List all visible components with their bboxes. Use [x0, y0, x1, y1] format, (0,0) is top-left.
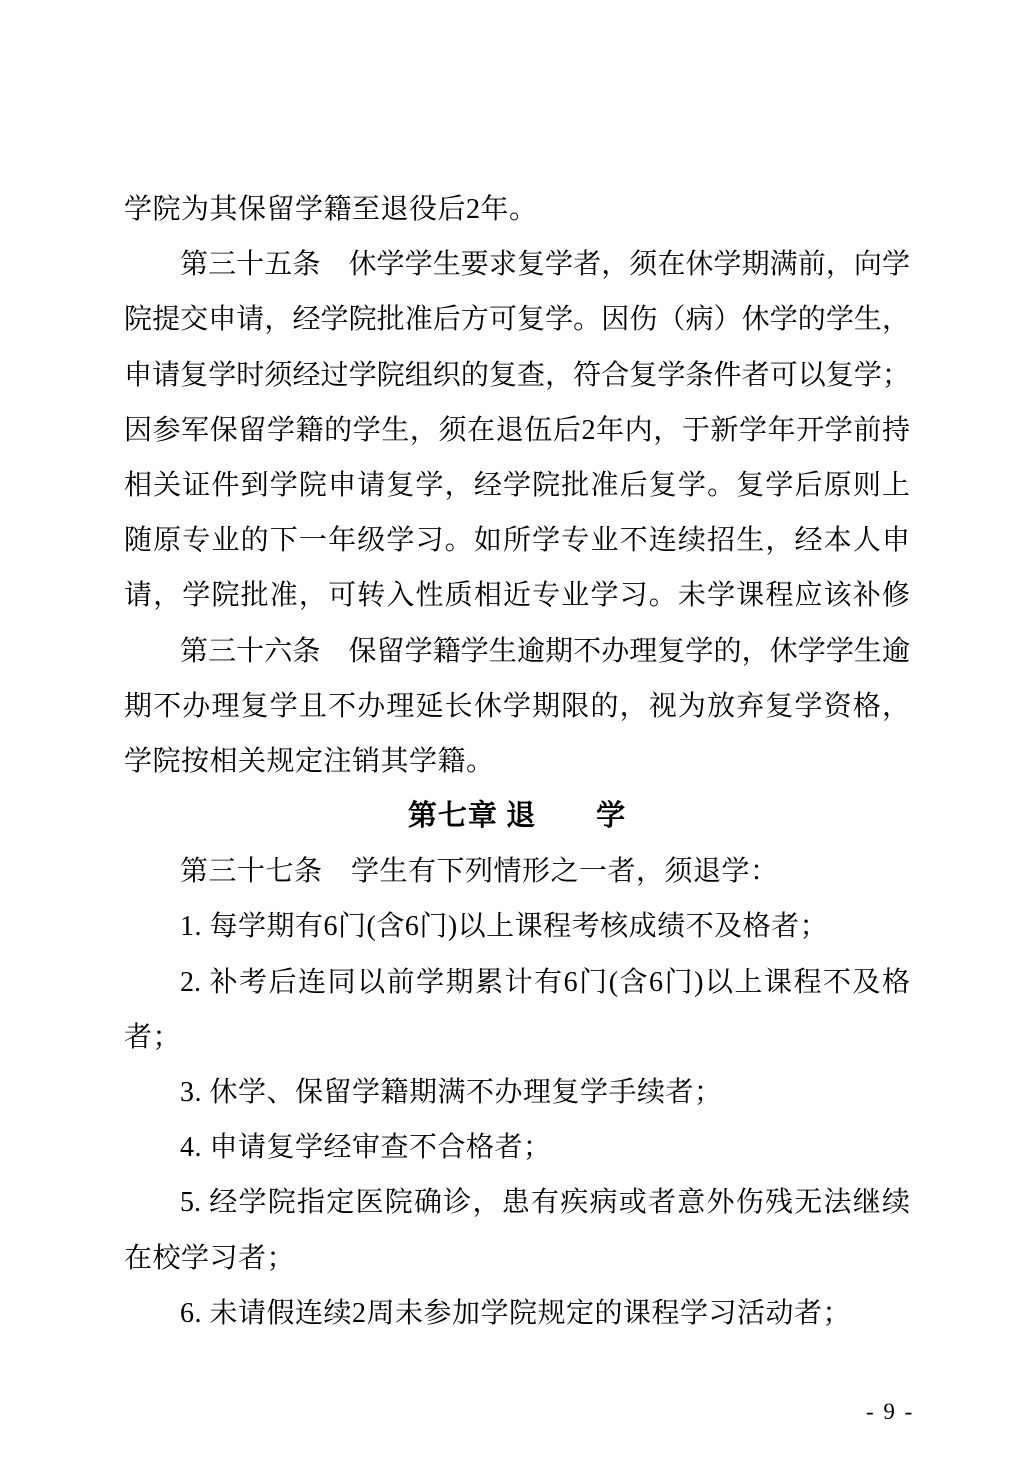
- text-line: 2. 补考后连同以前学期累计有6门(含6门)以上课程不及格: [124, 955, 910, 1010]
- text-line: 学院按相关规定注销其学籍。: [124, 734, 910, 789]
- text-line: 相关证件到学院申请复学，经学院批准后复学。复学后原则上: [124, 458, 910, 513]
- document-body: 学院为其保留学籍至退役后2年。 第三十五条 休学学生要求复学者，须在休学期满前，…: [124, 182, 910, 1341]
- text-line: 6. 未请假连续2周未参加学院规定的课程学习活动者；: [124, 1286, 910, 1341]
- document-page: 学院为其保留学籍至退役后2年。 第三十五条 休学学生要求复学者，须在休学期满前，…: [0, 0, 1033, 1469]
- text-line: 随原专业的下一年级学习。如所学专业不连续招生，经本人申: [124, 513, 910, 568]
- text-line: 5. 经学院指定医院确诊，患有疾病或者意外伤残无法继续: [124, 1175, 910, 1230]
- text-line: 院提交申请，经学院批准后方可复学。因伤（病）休学的学生，: [124, 292, 910, 347]
- page-number: - 9 -: [866, 1398, 914, 1426]
- text-line: 3. 休学、保留学籍期满不办理复学手续者；: [124, 1065, 910, 1120]
- text-line: 因参军保留学籍的学生，须在退伍后2年内，于新学年开学前持: [124, 403, 910, 458]
- text-line: 申请复学时须经过学院组织的复查，符合复学条件者可以复学；: [124, 348, 910, 403]
- text-line: 4. 申请复学经审查不合格者；: [124, 1120, 910, 1175]
- text-line: 学院为其保留学籍至退役后2年。: [124, 182, 910, 237]
- text-line: 第三十七条 学生有下列情形之一者，须退学：: [124, 844, 910, 899]
- text-line: 第三十六条 保留学籍学生逾期不办理复学的，休学学生逾: [124, 624, 910, 679]
- text-line: 1. 每学期有6门(含6门)以上课程考核成绩不及格者；: [124, 899, 910, 954]
- text-line: 在校学习者；: [124, 1231, 910, 1286]
- text-line: 第三十五条 休学学生要求复学者，须在休学期满前，向学: [124, 237, 910, 292]
- text-line: 请，学院批准，可转入性质相近专业学习。未学课程应该补修: [124, 568, 910, 623]
- text-line: 期不办理复学且不办理延长休学期限的，视为放弃复学资格，: [124, 679, 910, 734]
- chapter-heading: 第七章 退 学: [124, 789, 910, 844]
- text-line: 者；: [124, 1010, 910, 1065]
